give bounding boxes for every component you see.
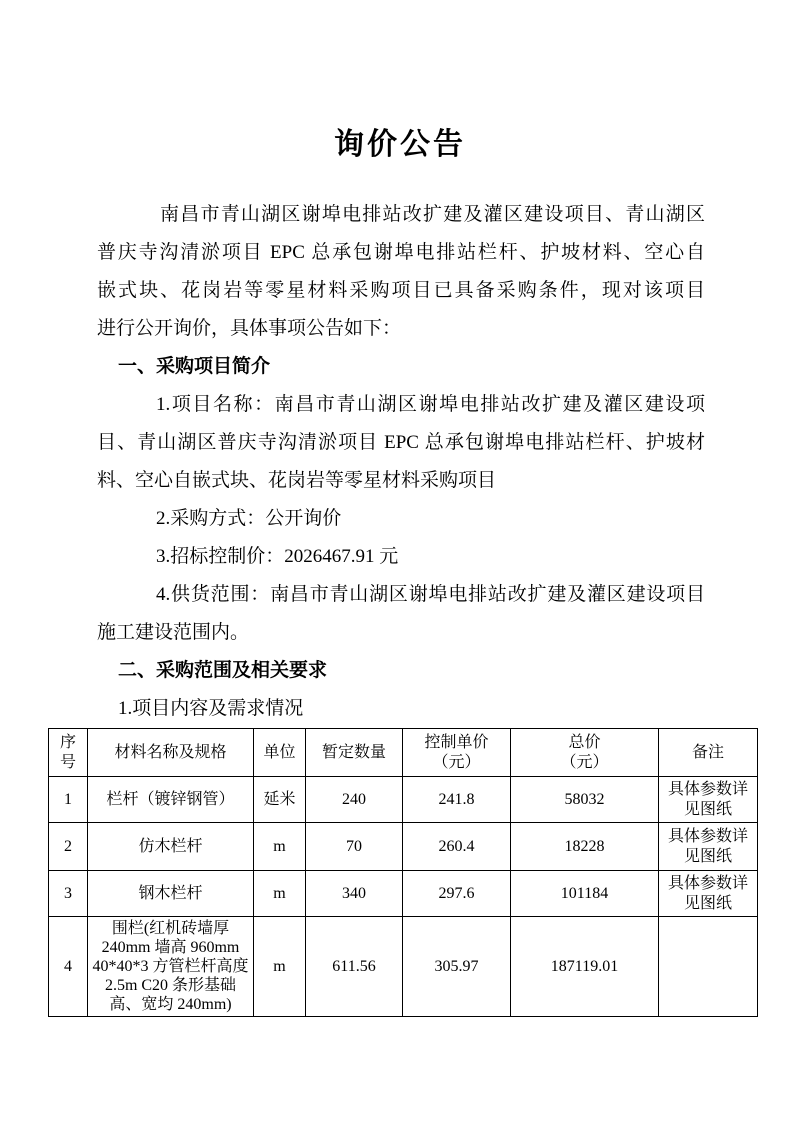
cell-material: 围栏(红机砖墙厚 240mm 墙高 960mm 40*40*3 方管栏杆高度 2… (88, 917, 254, 1017)
table-row: 4 围栏(红机砖墙厚 240mm 墙高 960mm 40*40*3 方管栏杆高度… (49, 917, 758, 1017)
col-header-note: 备注 (659, 729, 758, 777)
col-header-total: 总价 （元） (511, 729, 659, 777)
header-line: 序 (53, 733, 83, 753)
cell-material: 仿木栏杆 (88, 823, 254, 871)
paragraph-line: 料、空心自嵌式块、花岗岩等零星材料采购项目 (97, 462, 705, 500)
header-line: 控制单价 (407, 733, 506, 753)
col-header-unit-price: 控制单价 （元） (403, 729, 511, 777)
paragraph-line: 1.项目名称：南昌市青山湖区谢埠电排站改扩建及灌区建设项 (97, 386, 705, 424)
cell-quantity: 240 (306, 777, 403, 823)
cell-note (659, 917, 758, 1017)
cell-unit-price: 305.97 (403, 917, 511, 1017)
cell-unit-price: 297.6 (403, 871, 511, 917)
cell-material: 栏杆（镀锌钢管） (88, 777, 254, 823)
page-title: 询价公告 (0, 126, 800, 164)
cell-unit: 延米 (254, 777, 306, 823)
cell-quantity: 70 (306, 823, 403, 871)
cell-total: 58032 (511, 777, 659, 823)
cell-note: 具体参数详见图纸 (659, 777, 758, 823)
cell-unit: m (254, 823, 306, 871)
cell-note: 具体参数详见图纸 (659, 823, 758, 871)
cell-total: 187119.01 (511, 917, 659, 1017)
cell-seq: 3 (49, 871, 88, 917)
intro-paragraph: 南昌市青山湖区谢埠电排站改扩建及灌区建设项目、青山湖区 普庆寺沟清淤项目 EPC… (97, 196, 705, 348)
paragraph-line: 普庆寺沟清淤项目 EPC 总承包谢埠电排站栏杆、护坡材料、空心自 (97, 234, 705, 272)
item-procurement-method: 2.采购方式：公开询价 (97, 500, 705, 538)
cell-unit: m (254, 917, 306, 1017)
cell-unit-price: 260.4 (403, 823, 511, 871)
cell-unit-price: 241.8 (403, 777, 511, 823)
col-header-quantity: 暂定数量 (306, 729, 403, 777)
header-line: （元） (407, 753, 506, 773)
header-line: 总价 (515, 733, 654, 753)
paragraph-line: 南昌市青山湖区谢埠电排站改扩建及灌区建设项目、青山湖区 (97, 196, 705, 234)
section-heading-1: 一、采购项目简介 (97, 348, 705, 386)
subsection-heading: 1.项目内容及需求情况 (97, 690, 705, 728)
col-header-seq: 序 号 (49, 729, 88, 777)
header-line: 材料名称及规格 (92, 743, 249, 763)
cell-quantity: 611.56 (306, 917, 403, 1017)
paragraph-line: 4.供货范围：南昌市青山湖区谢埠电排站改扩建及灌区建设项目 (97, 576, 705, 614)
table-row: 3 钢木栏杆 m 340 297.6 101184 具体参数详见图纸 (49, 871, 758, 917)
paragraph-line: 目、青山湖区普庆寺沟清淤项目 EPC 总承包谢埠电排站栏杆、护坡材 (97, 424, 705, 462)
item-supply-scope: 4.供货范围：南昌市青山湖区谢埠电排站改扩建及灌区建设项目 施工建设范围内。 (97, 576, 705, 652)
table-header-row: 序 号 材料名称及规格 单位 暂定数量 控制单价 （元） 总价 (49, 729, 758, 777)
cell-material: 钢木栏杆 (88, 871, 254, 917)
materials-table: 序 号 材料名称及规格 单位 暂定数量 控制单价 （元） 总价 (48, 728, 758, 1017)
paragraph-line: 嵌式块、花岗岩等零星材料采购项目已具备采购条件，现对该项目 (97, 272, 705, 310)
col-header-material: 材料名称及规格 (88, 729, 254, 777)
header-line: 号 (53, 753, 83, 773)
cell-note: 具体参数详见图纸 (659, 871, 758, 917)
cell-quantity: 340 (306, 871, 403, 917)
header-line: 暂定数量 (310, 743, 398, 763)
header-line: （元） (515, 753, 654, 773)
item-control-price: 3.招标控制价：2026467.91 元 (97, 538, 705, 576)
document-page: 询价公告 南昌市青山湖区谢埠电排站改扩建及灌区建设项目、青山湖区 普庆寺沟清淤项… (0, 0, 800, 1131)
header-line: 备注 (663, 743, 753, 763)
header-line: 单位 (258, 743, 301, 763)
cell-seq: 4 (49, 917, 88, 1017)
cell-unit: m (254, 871, 306, 917)
section-heading-2: 二、采购范围及相关要求 (97, 652, 705, 690)
cell-seq: 2 (49, 823, 88, 871)
document-body: 南昌市青山湖区谢埠电排站改扩建及灌区建设项目、青山湖区 普庆寺沟清淤项目 EPC… (97, 196, 705, 728)
cell-seq: 1 (49, 777, 88, 823)
paragraph-line: 施工建设范围内。 (97, 614, 705, 652)
table-row: 2 仿木栏杆 m 70 260.4 18228 具体参数详见图纸 (49, 823, 758, 871)
cell-total: 18228 (511, 823, 659, 871)
col-header-unit: 单位 (254, 729, 306, 777)
item-project-name: 1.项目名称：南昌市青山湖区谢埠电排站改扩建及灌区建设项 目、青山湖区普庆寺沟清… (97, 386, 705, 500)
paragraph-line: 进行公开询价，具体事项公告如下： (97, 310, 705, 348)
table-row: 1 栏杆（镀锌钢管） 延米 240 241.8 58032 具体参数详见图纸 (49, 777, 758, 823)
cell-total: 101184 (511, 871, 659, 917)
